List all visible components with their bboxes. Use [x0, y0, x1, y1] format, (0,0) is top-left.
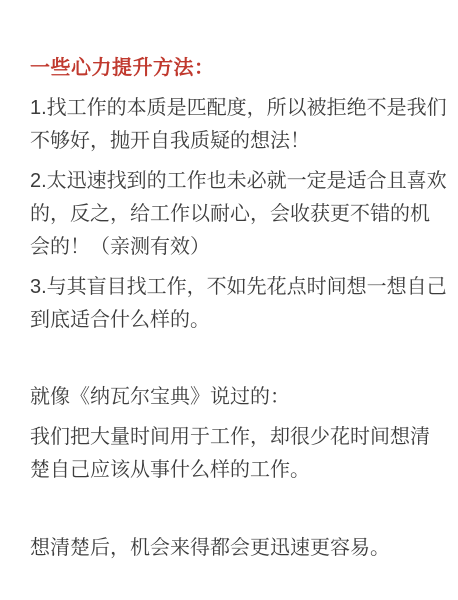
quote-text: 我们把大量时间用于工作，却很少花时间想清 楚自己应该从事什么样的工作。 — [30, 421, 458, 487]
tip-3: 3.与其盲目找工作，不如先花点时间想一想自己 到底适合什么样的。 — [30, 271, 458, 337]
tip-1: 1.找工作的本质是匹配度，所以被拒绝不是我们 不够好，抛开自我质疑的想法！ — [30, 92, 458, 158]
closing-line: 想清楚后，机会来得都会更迅速更容易。 — [30, 532, 458, 565]
article-title: 一些心力提升方法： — [30, 52, 458, 85]
tip-2: 2.太迅速找到的工作也未必就一定是适合且喜欢 的，反之，给工作以耐心，会收获更不… — [30, 165, 458, 264]
quote-source: 就像《纳瓦尔宝典》说过的： — [30, 381, 458, 414]
article-body: 一些心力提升方法： 1.找工作的本质是匹配度，所以被拒绝不是我们 不够好，抛开自… — [0, 0, 458, 565]
